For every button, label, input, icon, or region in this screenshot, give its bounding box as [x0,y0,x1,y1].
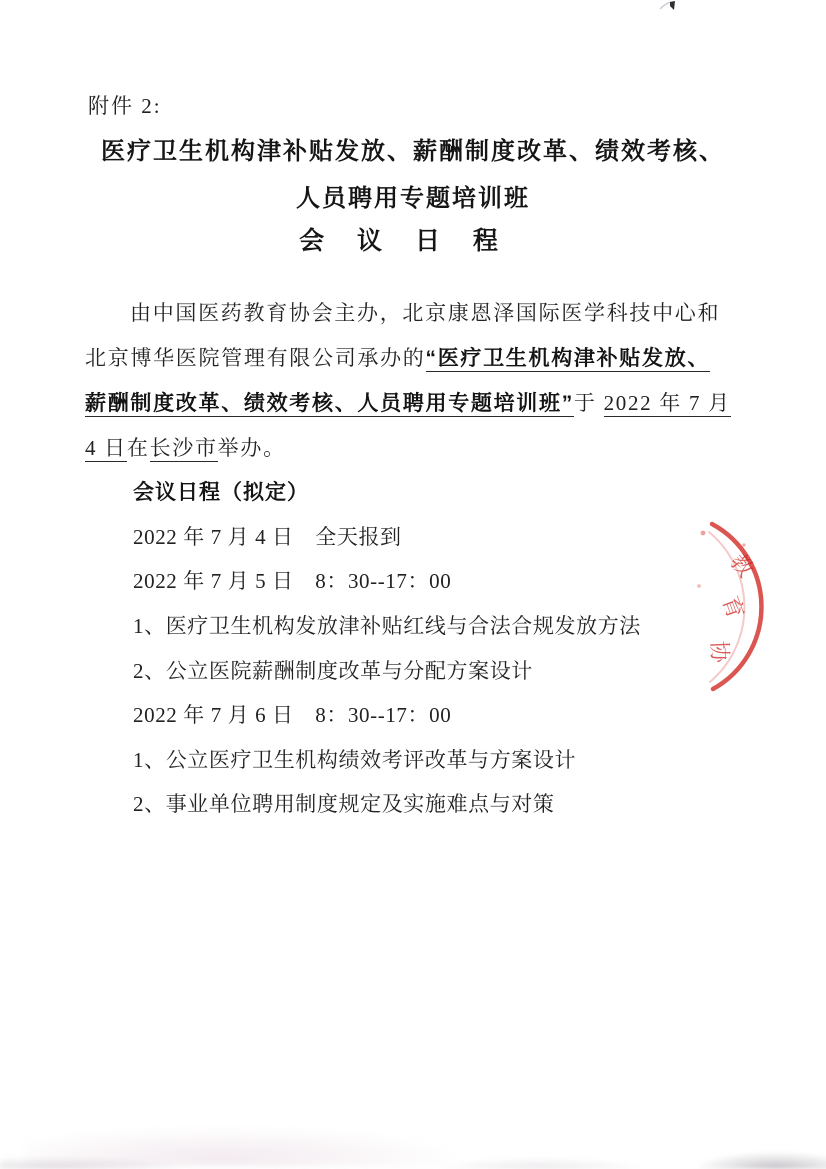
schedule-item-day2-topic2: 2、公立医院薪酬制度改革与分配方案设计 [133,647,641,692]
agenda-subtitle: 会 议 日 程 [85,221,725,257]
intro-line-4: 4 日在长沙市举办。 [85,432,286,462]
intro-underlined-date-day: 4 日 [85,436,127,462]
schedule-item-day2-topic1: 1、医疗卫生机构发放津补贴红线与合法合规发放方法 [133,603,641,648]
scan-smudge-bottom-left [25,1126,465,1166]
scan-speck-swoosh [660,2,671,9]
scan-smudge-bottom-edge [0,1157,180,1169]
scan-smudge-bottom-right [695,1152,826,1169]
intro-text-1: 由中国医药教育协会主办，北京康恩泽国际医学科技中心和 [130,301,720,325]
intro-line-1: 由中国医药教育协会主办，北京康恩泽国际医学科技中心和 [85,297,720,327]
intro-emphasis-course-name-part2: 薪酬制度改革、绩效考核、人员聘用专题培训班” [85,392,574,417]
intro-underlined-city: 长沙市 [150,436,218,462]
scanned-document-page: 附件 2: 医疗卫生机构津补贴发放、薪酬制度改革、绩效考核、 人员聘用专题培训班… [0,0,826,1169]
seal-ink-fleck [742,543,745,546]
seal-char-bottom: 协 [707,640,733,664]
schedule-item-day2-time: 2022 年 7 月 5 日 8：30--17：00 [133,558,641,603]
schedule-list: 会议日程（拟定） 2022 年 7 月 4 日 全天报到 2022 年 7 月 … [133,469,641,826]
attachment-label: 附件 2: [88,90,162,120]
schedule-heading: 会议日程（拟定） [133,469,641,514]
schedule-item-day3-topic1: 1、公立医疗卫生机构绩效考评改革与方案设计 [133,737,641,782]
intro-tail: 举办。 [218,436,286,460]
intro-connector-zai: 在 [127,436,150,460]
seal-char-top: 教 [725,549,758,582]
schedule-item-day3-time: 2022 年 7 月 6 日 8：30--17：00 [133,692,641,737]
document-title-line1: 医疗卫生机构津补贴发放、薪酬制度改革、绩效考核、 [85,131,741,166]
intro-underlined-date-month: 2022 年 7 月 [604,391,731,417]
schedule-item-day1: 2022 年 7 月 4 日 全天报到 [133,514,641,559]
scan-speck-mark [670,1,675,10]
document-title-line2: 人员聘用专题培训班 [85,178,741,213]
red-seal-stamp-icon: 教 育 协 [600,475,826,745]
intro-line-3: 薪酬制度改革、绩效考核、人员聘用专题培训班”于 2022 年 7 月 [85,387,731,417]
intro-connector-yu: 于 [574,391,604,415]
seal-ink-fleck [697,584,701,588]
intro-text-2: 北京博华医院管理有限公司承办的 [85,346,426,370]
schedule-item-day3-topic2: 2、事业单位聘用制度规定及实施难点与对策 [133,781,641,826]
intro-emphasis-course-name-part1: “医疗卫生机构津补贴发放、 [426,347,711,372]
scan-smudge-bottom-mid [440,1158,640,1169]
scan-speck-icon [659,0,679,13]
seal-ink-fleck [701,531,706,536]
intro-line-2: 北京博华医院管理有限公司承办的“医疗卫生机构津补贴发放、 [85,342,710,372]
